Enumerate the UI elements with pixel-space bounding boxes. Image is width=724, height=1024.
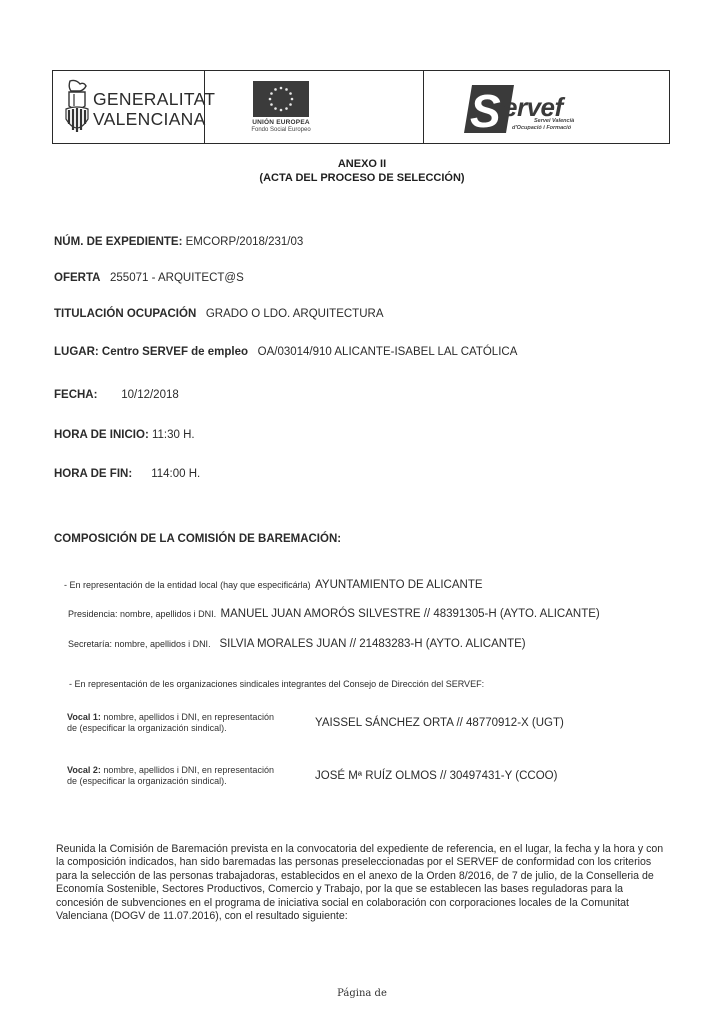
vocal-1-desc-line2: de (especificar la organización sindical… <box>67 723 227 733</box>
fecha-value: 10/12/2018 <box>121 389 179 401</box>
field-expediente: NÚM. DE EXPEDIENTE: EMCORP/2018/231/03 <box>54 236 303 248</box>
annex-number: ANEXO II <box>0 157 724 171</box>
eu-label: UNIÓN EUROPEA <box>205 119 357 126</box>
presidencia-row: Presidencia: nombre, apellidos i DNI. MA… <box>68 604 600 622</box>
generalitat-logo: GENERALITAT VALENCIANA <box>53 71 205 143</box>
vocal-2-title: Vocal 2: <box>67 765 101 775</box>
field-lugar: LUGAR: Centro SERVEF de empleo OA/03014/… <box>54 346 517 358</box>
titulacion-value: GRADO O LDO. ARQUITECTURA <box>206 308 384 320</box>
titulacion-label: TITULACIÓN OCUPACIÓN <box>54 308 196 320</box>
generalitat-wordmark: GENERALITAT VALENCIANA <box>93 89 215 129</box>
result-paragraph: Reunida la Comisión de Baremación previs… <box>56 843 671 923</box>
vocal-2-desc-line2: de (especificar la organización sindical… <box>67 776 227 786</box>
eu-logo: UNIÓN EUROPEA Fondo Social Europeo <box>205 71 424 143</box>
vocal-2-label: Vocal 2: nombre, apellidos i DNI, en rep… <box>67 765 317 787</box>
svg-text:S: S <box>470 85 501 135</box>
sindicales-label: - En representación de les organizacione… <box>69 679 484 689</box>
header-logo-band: GENERALITAT VALENCIANA UNIÓN EUROPEA Fon… <box>52 70 670 144</box>
servef-subtitle-2: d'Ocupació i Formació <box>512 125 571 131</box>
field-oferta: OFERTA 255071 - ARQUITECT@S <box>54 272 244 284</box>
generalitat-line1: GENERALITAT <box>93 89 215 109</box>
servef-logo: S ervef Servei Valencià d'Ocupació i For… <box>424 71 669 143</box>
page-footer: Página de <box>0 988 724 999</box>
annex-title: ANEXO II (ACTA DEL PROCESO DE SELECCIÓN) <box>0 157 724 185</box>
vocal-1-title: Vocal 1: <box>67 712 101 722</box>
vocal-2-value: JOSÉ Mª RUÍZ OLMOS // 30497431-Y (CCOO) <box>315 770 557 782</box>
generalitat-crest-icon <box>62 79 92 137</box>
sindicales-row: - En representación de les organizacione… <box>69 674 484 692</box>
vocal-1-label: Vocal 1: nombre, apellidos i DNI, en rep… <box>67 712 317 734</box>
vocal-1-row: Vocal 1: nombre, apellidos i DNI, en rep… <box>67 712 587 742</box>
hora-inicio-value: 11:30 H. <box>152 429 195 441</box>
servef-subtitle-1: Servei Valencià <box>534 118 574 124</box>
lugar-value: OA/03014/910 ALICANTE-ISABEL LAL CATÓLIC… <box>258 346 518 358</box>
fecha-label: FECHA: <box>54 389 118 401</box>
field-fecha: FECHA: 10/12/2018 <box>54 389 179 401</box>
expediente-value: EMCORP/2018/231/03 <box>186 236 304 248</box>
presidencia-value: MANUEL JUAN AMORÓS SILVESTRE // 48391305… <box>221 608 600 620</box>
field-hora-fin: HORA DE FIN: 114:00 H. <box>54 468 200 480</box>
oferta-label: OFERTA <box>54 272 100 284</box>
hora-fin-value: 114:00 H. <box>151 468 200 480</box>
presidencia-label: Presidencia: nombre, apellidos i DNI. <box>68 609 216 619</box>
entidad-local-value: AYUNTAMIENTO DE ALICANTE <box>315 579 482 591</box>
oferta-value: 255071 - ARQUITECT@S <box>110 272 244 284</box>
annex-subtitle: (ACTA DEL PROCESO DE SELECCIÓN) <box>0 171 724 185</box>
hora-fin-label: HORA DE FIN: <box>54 468 148 480</box>
vocal-1-desc: nombre, apellidos i DNI, en representaci… <box>101 712 274 722</box>
generalitat-line2: VALENCIANA <box>93 109 215 129</box>
vocal-1-value: YAISSEL SÁNCHEZ ORTA // 48770912-X (UGT) <box>315 717 564 729</box>
entidad-local-label: - En representación de la entidad local … <box>64 580 311 590</box>
secretaria-label: Secretaría: nombre, apellidos i DNI. <box>68 639 211 649</box>
field-titulacion: TITULACIÓN OCUPACIÓN GRADO O LDO. ARQUIT… <box>54 308 384 320</box>
secretaria-row: Secretaría: nombre, apellidos i DNI. SIL… <box>68 634 526 652</box>
field-hora-inicio: HORA DE INICIO: 11:30 H. <box>54 429 195 441</box>
secretaria-value: SILVIA MORALES JUAN // 21483283-H (AYTO.… <box>219 638 525 650</box>
hora-inicio-label: HORA DE INICIO: <box>54 429 149 441</box>
vocal-2-row: Vocal 2: nombre, apellidos i DNI, en rep… <box>67 765 587 795</box>
eu-fund-label: Fondo Social Europeo <box>205 127 357 133</box>
commission-heading: COMPOSICIÓN DE LA COMISIÓN DE BAREMACIÓN… <box>54 533 341 545</box>
entidad-local-row: - En representación de la entidad local … <box>64 575 483 593</box>
vocal-2-desc: nombre, apellidos i DNI, en representaci… <box>101 765 274 775</box>
expediente-label: NÚM. DE EXPEDIENTE: <box>54 236 182 248</box>
eu-flag-icon <box>253 81 309 117</box>
lugar-label: LUGAR: Centro SERVEF de empleo <box>54 346 248 358</box>
